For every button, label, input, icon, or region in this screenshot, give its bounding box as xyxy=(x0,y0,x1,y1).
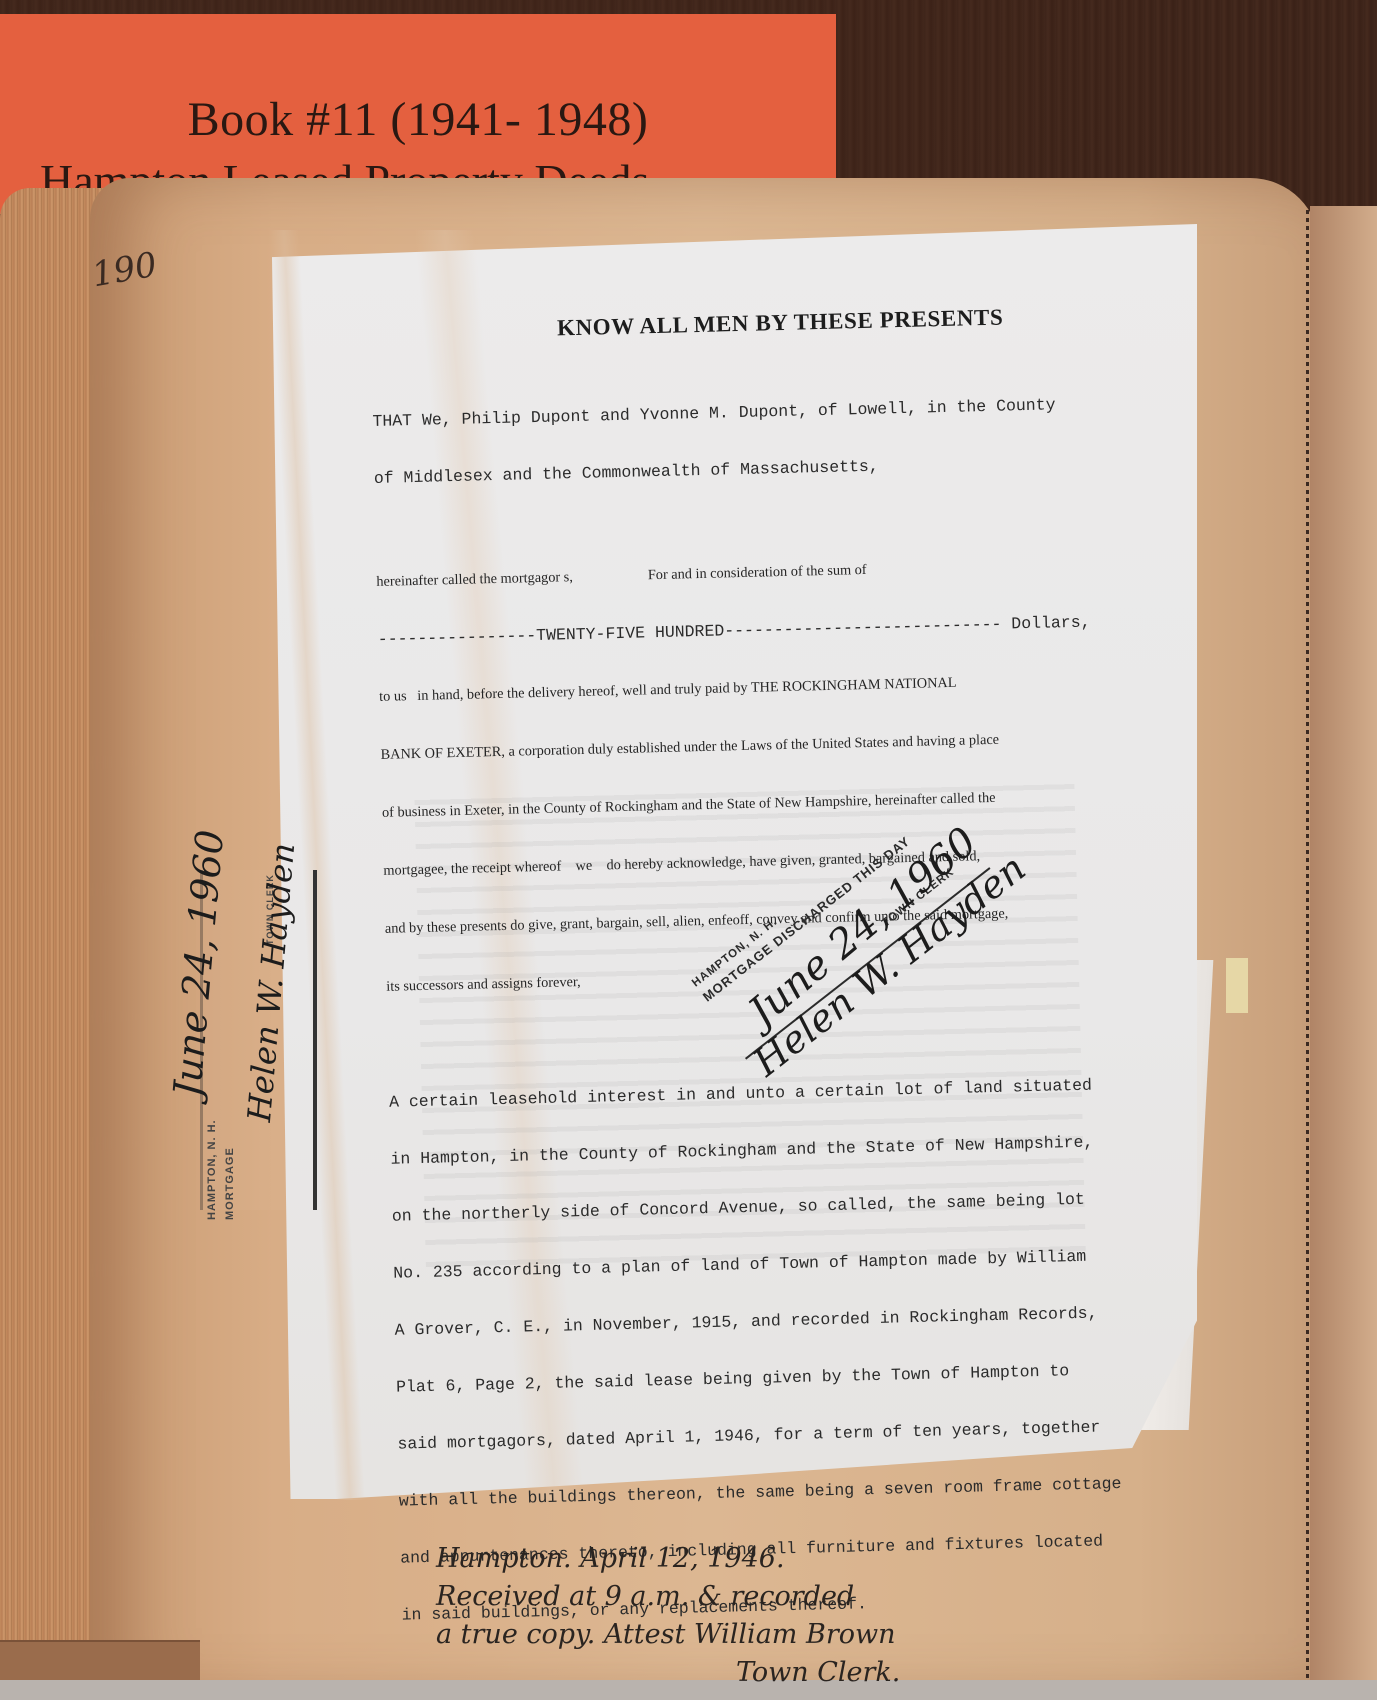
description-line: said mortgagors, dated April 1, 1946, fo… xyxy=(397,1417,1157,1455)
form-line: of business in Exeter, in the County of … xyxy=(382,785,1142,823)
preamble-line: of Middlesex and the Commonwealth of Mas… xyxy=(374,450,1134,488)
note-line: Hampton. April 12, 1946. xyxy=(436,1540,900,1578)
description-line: with all the buildings thereon, the same… xyxy=(399,1474,1159,1512)
description-line: A Grover, C. E., in November, 1915, and … xyxy=(394,1303,1154,1341)
note-line: a true copy. Attest William Brown xyxy=(436,1616,900,1654)
recording-note: Hampton. April 12, 1946. Received at 9 a… xyxy=(436,1540,900,1692)
cover-title: Book #11 (1941- 1948) xyxy=(0,92,836,147)
preamble-line: THAT We, Philip Dupont and Yvonne M. Dup… xyxy=(372,393,1132,431)
deed-preamble: THAT We, Philip Dupont and Yvonne M. Dup… xyxy=(371,355,1134,526)
description-line: Plat 6, Page 2, the said lease being giv… xyxy=(396,1360,1156,1398)
description-line: in Hampton, in the County of Rockingham … xyxy=(390,1132,1150,1170)
spine-binding xyxy=(1306,210,1309,1700)
book-cover-edge xyxy=(0,1640,200,1682)
margin-stamp-text: HAMPTON, N. H. xyxy=(206,1119,218,1220)
note-line: Town Clerk. xyxy=(736,1654,900,1692)
note-line: Received at 9 a.m. & recorded xyxy=(436,1578,900,1616)
margin-stamp-text: MORTGAGE xyxy=(224,1147,236,1220)
description-line: on the northerly side of Concord Avenue,… xyxy=(392,1189,1152,1227)
tape-strip xyxy=(1226,958,1248,1013)
facing-page xyxy=(1310,206,1377,1700)
form-line: BANK OF EXETER, a corporation duly estab… xyxy=(380,727,1140,765)
form-line: hereinafter called the mortgagor s, For … xyxy=(376,554,1136,592)
description-line: No. 235 according to a plan of land of T… xyxy=(393,1246,1153,1284)
form-line: to us in hand, before the delivery hereo… xyxy=(379,669,1139,707)
form-line-amount: ----------------TWENTY-FIVE HUNDRED-----… xyxy=(378,612,1138,650)
